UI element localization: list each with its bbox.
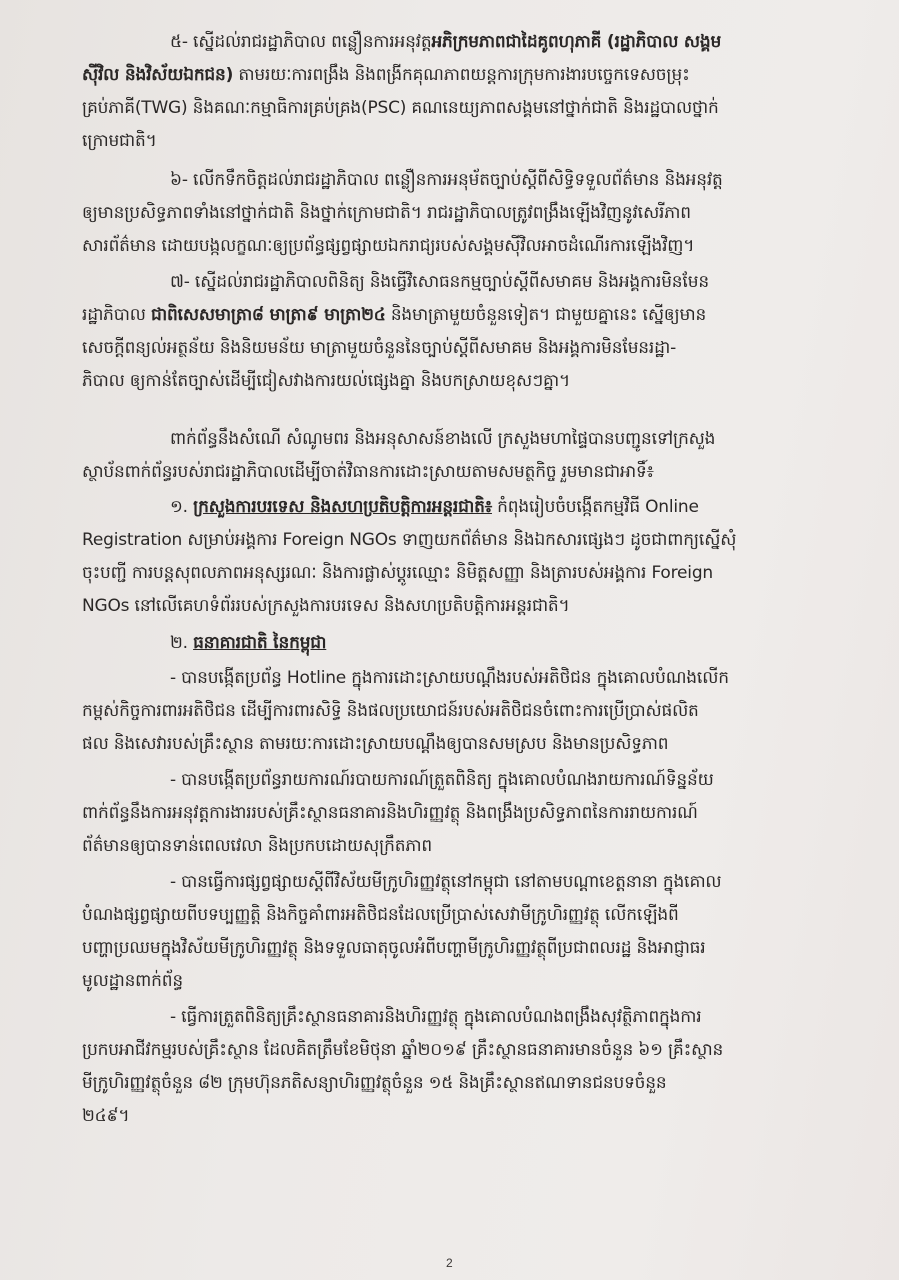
section2-heading: ធនាគារជាតិ នៃកម្ពុជា bbox=[193, 633, 326, 653]
s2-b4-line3: មីក្រូហិរញ្ញវត្ថុចំនួន ៨២ ក្រុមហ៊ុនភតិសន… bbox=[82, 1071, 842, 1095]
s2-b3-line4: មូលដ្ឋានពាក់ព័ន្ធ bbox=[82, 969, 842, 993]
item5-line3: គ្រប់ភាគី(TWG) និងគណៈកម្មាធិការគ្រប់គ្រង… bbox=[82, 96, 842, 120]
s2-b2-line3: ព័ត៌មានឲ្យបានទាន់ពេលវេលា និងប្រកបដោយសុក្… bbox=[82, 834, 842, 858]
item7-line3: សេចក្តីពន្យល់អត្ថន័យ និងនិយមន័យ មាត្រាមួ… bbox=[82, 336, 842, 360]
item5-rest: តាមរយៈការពង្រឹង និងពង្រីកគុណភាពយន្តការក្… bbox=[233, 65, 689, 85]
s2-b3-line2: បំណងផ្សព្វផ្សាយពីបទប្បញ្ញត្តិ និងកិច្ចគា… bbox=[82, 903, 842, 927]
section1-line4: NGOs នៅលើគេហទំព័ររបស់ក្រសួងការបរទេស និងស… bbox=[82, 594, 842, 618]
section2-heading-line: ២. ធនាគារជាតិ នៃកម្ពុជា bbox=[82, 631, 842, 655]
s2-b1-line2: កម្ពស់កិច្ចការពារអតិថិជន ដើម្បីការពារសិទ… bbox=[82, 699, 842, 723]
item6-line3: សារព័ត៌មាន ដោយបង្កលក្ខណៈឲ្យប្រព័ន្ធផ្សព្… bbox=[82, 234, 842, 258]
s2-b2-line2: ពាក់ព័ន្ធនឹងការអនុវត្តការងាររបស់គ្រឹះស្ថ… bbox=[82, 801, 842, 825]
item7-line2: រដ្ឋាភិបាល ជាពិសេសមាត្រា៨ មាត្រា៩ មាត្រា… bbox=[82, 303, 842, 327]
item5-line1: ៥- ស្នើដល់រាជរដ្ឋាភិបាល ពន្លឿនការអនុវត្ត… bbox=[82, 30, 842, 54]
section2-number: ២. bbox=[170, 633, 193, 653]
item5-bold-cont: ស៊ីវិល និងវិស័យឯកជន) bbox=[82, 65, 233, 85]
item5-lead: ៥- ស្នើដល់រាជរដ្ឋាភិបាល ពន្លឿនការអនុវត្ត bbox=[170, 32, 431, 52]
s2-b4-line1: - ធ្វើការត្រួតពិនិត្យគ្រឹះស្ថានធនាគារនិង… bbox=[82, 1005, 842, 1029]
section1-rest: កំពុងរៀបចំបង្កើតកម្មវិធី Online bbox=[492, 497, 699, 517]
item7-lead: រដ្ឋាភិបាល bbox=[82, 305, 151, 325]
section1-number: ១. bbox=[170, 497, 193, 517]
item7-line4: ភិបាល ឲ្យកាន់តែច្បាស់ដើម្បីជៀសវាងការយល់ផ… bbox=[82, 369, 842, 393]
item7-rest: និងមាត្រាមួយចំនួនទៀត។ ជាមួយគ្នានេះ ស្នើឲ… bbox=[386, 305, 706, 325]
item5-line4: ក្រោមជាតិ។ bbox=[82, 129, 842, 153]
item5-line2: ស៊ីវិល និងវិស័យឯកជន) តាមរយៈការពង្រឹង និង… bbox=[82, 63, 842, 87]
intro-line2: ស្ថាប័នពាក់ព័ន្ធរបស់រាជរដ្ឋាភិបាលដើម្បីច… bbox=[82, 460, 842, 484]
section1-line1: ១. ក្រសួងការបរទេស និងសហប្រតិបត្តិការអន្ត… bbox=[82, 495, 842, 519]
item7-line1: ៧- ស្នើដល់រាជរដ្ឋាភិបាលពិនិត្យ និងធ្វើវិ… bbox=[82, 270, 842, 294]
item5-bold: អភិក្រមភាពជាដៃគូពហុភាគី (រដ្ឋាភិបាល សង្គ… bbox=[431, 32, 721, 52]
s2-b1-line3: ផល និងសេវារបស់គ្រឹះស្ថាន តាមរយៈការដោះស្រ… bbox=[82, 732, 842, 756]
section1-line3: ចុះបញ្ជី ការបន្តសុពលភាពអនុស្សរណៈ និងការផ… bbox=[82, 561, 842, 585]
item6-line1: ៦- លើកទឹកចិត្តដល់រាជរដ្ឋាភិបាល ពន្លឿនការ… bbox=[82, 168, 842, 192]
s2-b3-line1: - បានធ្វើការផ្សព្វផ្សាយស្តីពីវិស័យមីក្រូ… bbox=[82, 870, 842, 894]
intro-line1: ពាក់ព័ន្ធនឹងសំណើ សំណូមពរ និងអនុសាសន៍ខាងល… bbox=[82, 427, 842, 451]
s2-b2-line1: - បានបង្កើតប្រព័ន្ធរាយការណ៍របាយការណ៍ត្រួ… bbox=[82, 768, 842, 792]
page-number: 2 bbox=[446, 1256, 453, 1270]
section1-line2: Registration សម្រាប់អង្គការ Foreign NGOs… bbox=[82, 528, 842, 552]
item6-line2: ឲ្យមានប្រសិទ្ធភាពទាំងនៅថ្នាក់ជាតិ និងថ្ន… bbox=[82, 201, 842, 225]
s2-b4-line4: ២៤៩។ bbox=[82, 1104, 842, 1128]
s2-b3-line3: បញ្ហាប្រឈមក្នុងវិស័យមីក្រូហិរញ្ញវត្ថុ និ… bbox=[82, 936, 842, 960]
item7-bold: ជាពិសេសមាត្រា៨ មាត្រា៩ មាត្រា២៤ bbox=[151, 305, 386, 325]
s2-b1-line1: - បានបង្កើតប្រព័ន្ធ Hotline ក្នុងការដោះស… bbox=[82, 666, 842, 690]
s2-b4-line2: ប្រកបអាជីវកម្មរបស់គ្រឹះស្ថាន ដែលគិតត្រឹម… bbox=[82, 1038, 842, 1062]
section1-heading: ក្រសួងការបរទេស និងសហប្រតិបត្តិការអន្តរជា… bbox=[193, 497, 492, 517]
